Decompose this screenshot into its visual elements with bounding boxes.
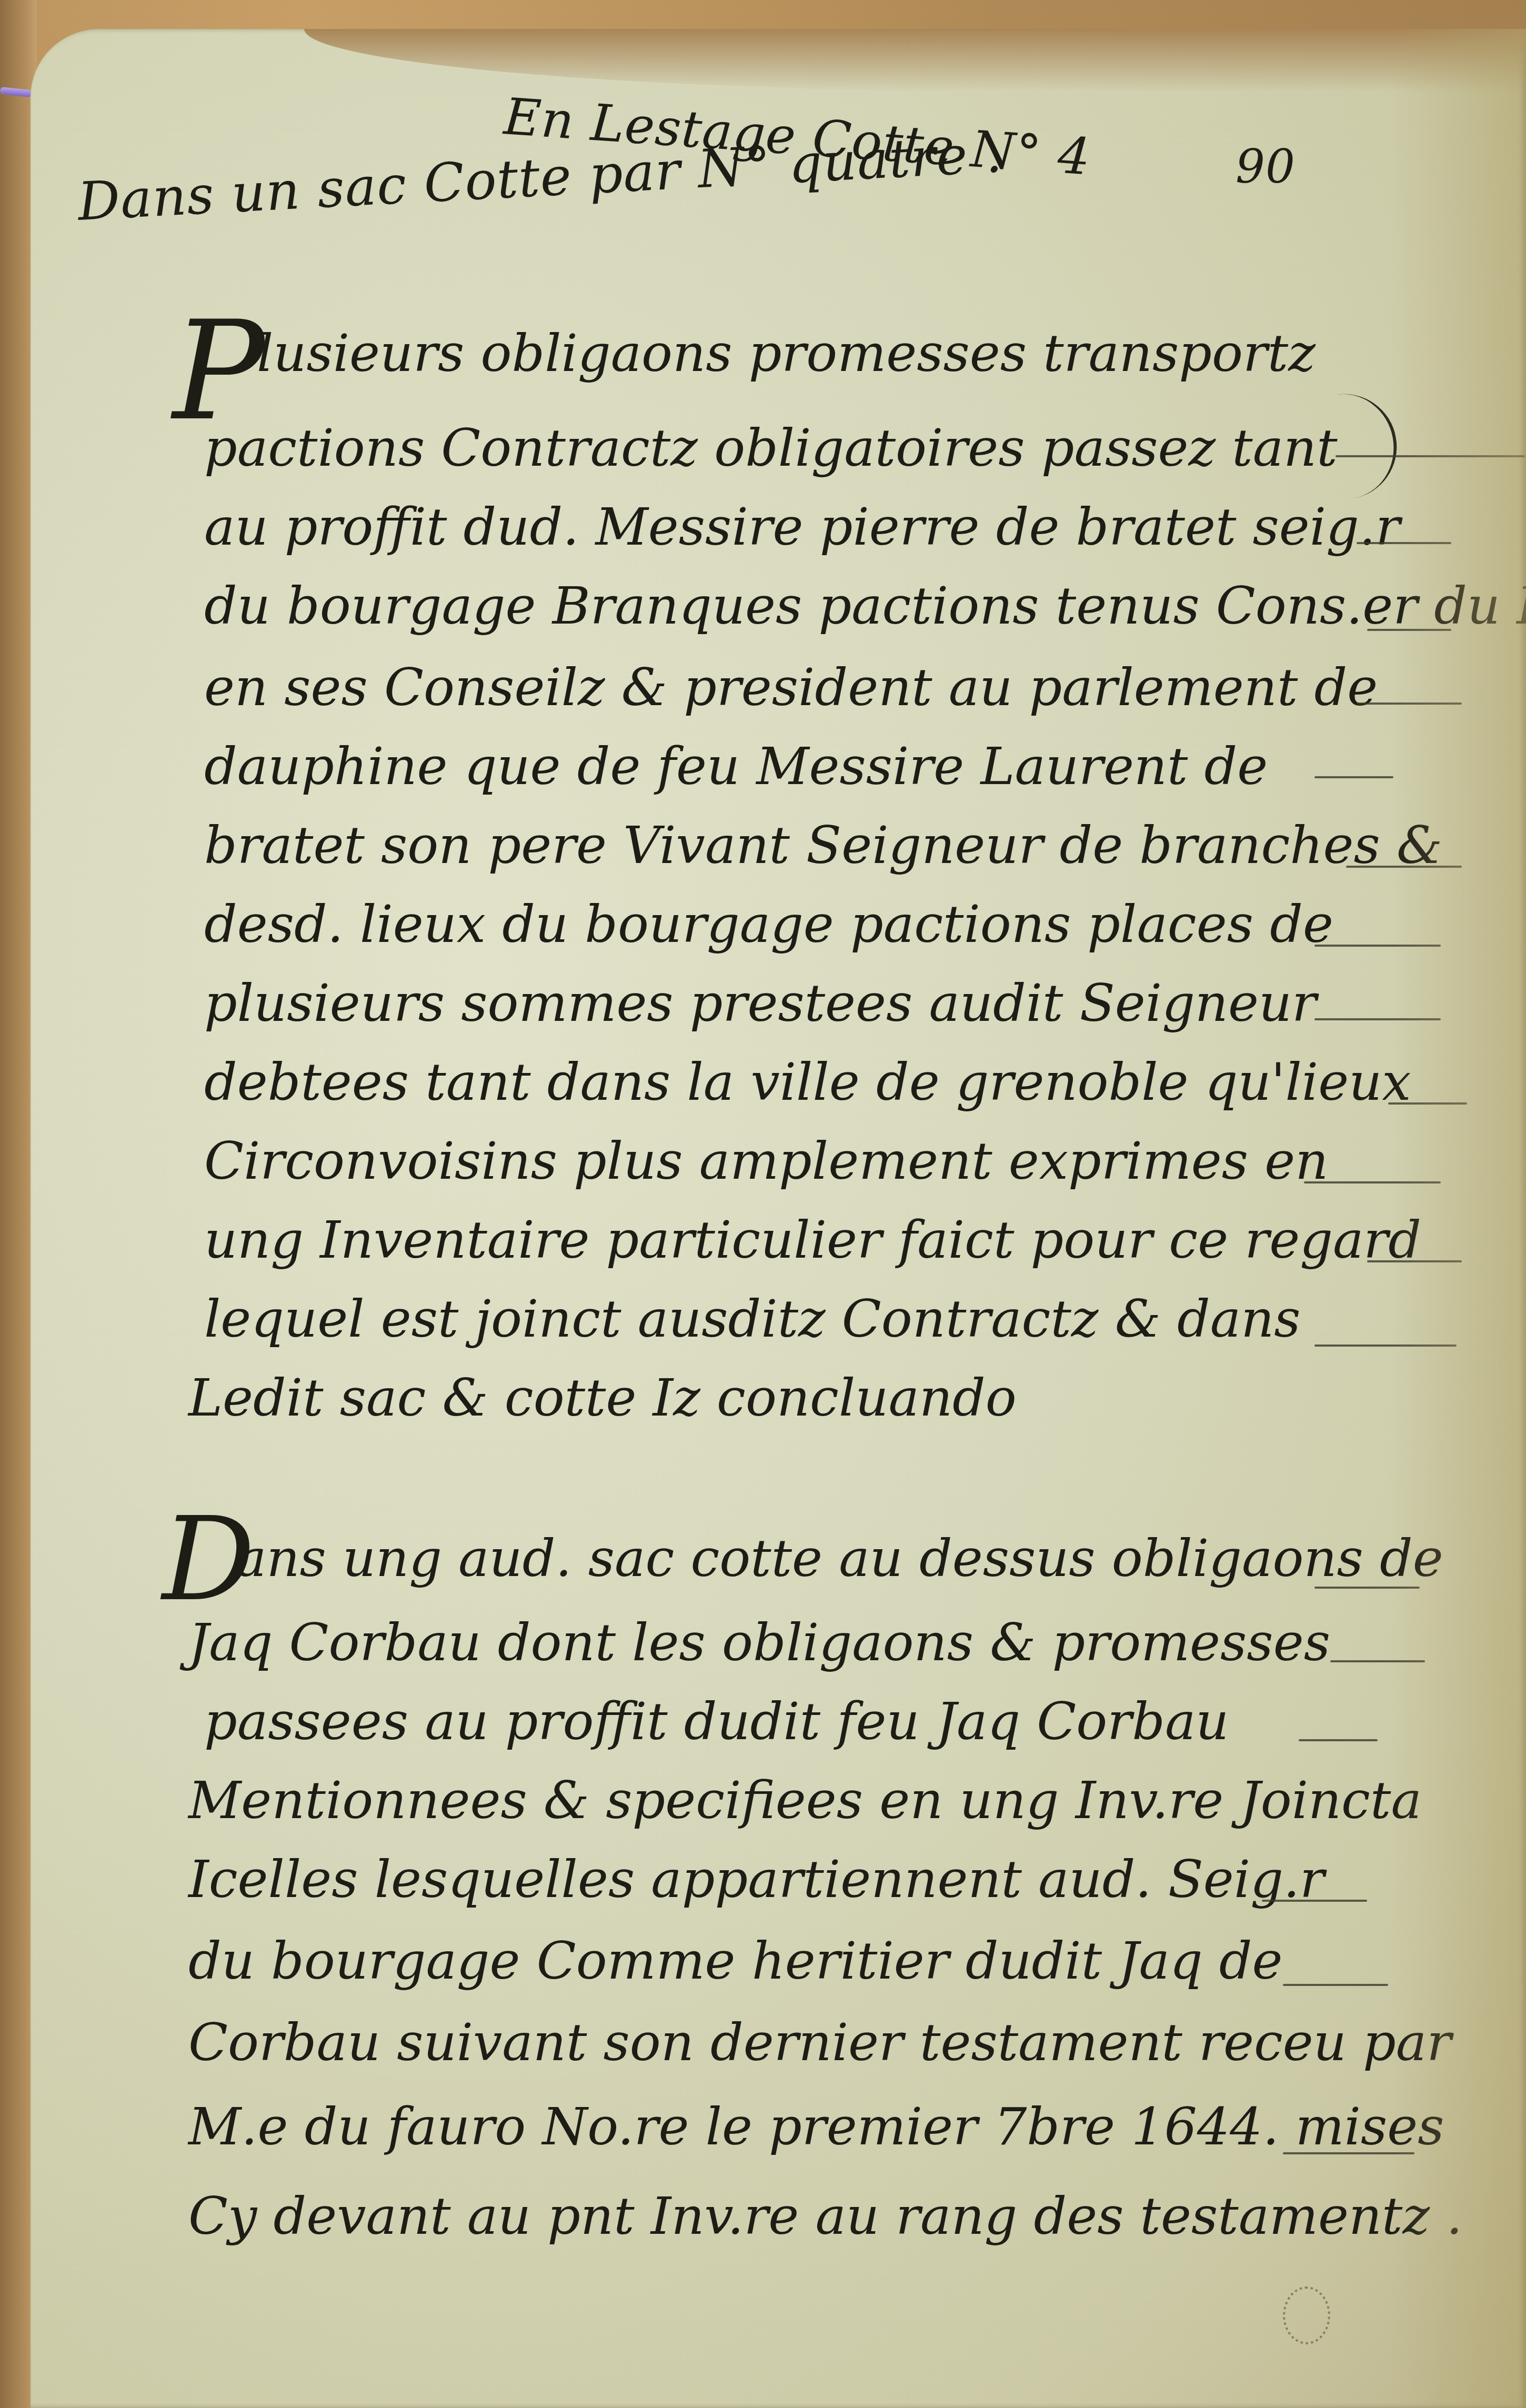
- text-line: lequel est joinct ausditz Contractz & da…: [204, 1289, 1301, 1349]
- text-line: bratet son pere Vivant Seigneur de branc…: [204, 816, 1442, 876]
- text-line: au proffit dud. Messire pierre de bratet…: [204, 497, 1400, 557]
- line-filler-dash: [1283, 1984, 1388, 1986]
- text-line: plusieurs sommes prestees audit Seigneur: [204, 974, 1317, 1034]
- text-line: du bourgage Comme heritier dudit Jaq de: [188, 1931, 1283, 1991]
- text-line: en ses Conseilz & president au parlement…: [204, 658, 1378, 718]
- text-line: Mentionnees & specifiees en ung Inv.re J…: [188, 1771, 1422, 1831]
- text-line: lusieurs obligaons promesses transportz: [257, 324, 1316, 384]
- line-filler-dash: [1367, 1260, 1462, 1262]
- text-line: Corbau suivant son dernier testament rec…: [188, 2013, 1451, 2073]
- text-line: ung Inventaire particulier faict pour ce…: [204, 1210, 1421, 1270]
- text-line: du bourgage Branques pactions tenus Cons…: [204, 576, 1526, 636]
- line-filler-dash: [1357, 703, 1462, 705]
- line-filler-dash: [1336, 455, 1525, 457]
- line-filler-dash: [1314, 1018, 1441, 1020]
- line-filler-dash: [1299, 1739, 1378, 1741]
- manuscript-page: En Lestage Cotte N° 4 Dans un sac Cotte …: [31, 29, 1526, 2408]
- line-filler-dash: [1314, 945, 1441, 947]
- folio-number: 90: [1236, 139, 1296, 194]
- text-line: Circonvoisins plus amplement exprimes en: [204, 1131, 1328, 1191]
- page-top-stain: [304, 29, 1526, 92]
- text-line: Ledit sac & cotte Iz concluando: [188, 1368, 1017, 1428]
- line-filler-dash: [1314, 1345, 1457, 1347]
- line-filler-dash: [1262, 1900, 1367, 1902]
- line-filler-dash: [1367, 629, 1451, 631]
- text-line: ans ung aud. sac cotte au dessus obligao…: [236, 1529, 1443, 1589]
- line-filler-dash: [1314, 1587, 1420, 1589]
- text-line: Jaq Corbau dont les obligaons & promesse…: [188, 1613, 1330, 1673]
- line-filler-dash: [1346, 866, 1462, 868]
- line-filler-dash: [1304, 1181, 1441, 1183]
- text-line: desd. lieux du bourgage pactions places …: [204, 895, 1333, 955]
- text-line: passees au proffit dudit feu Jaq Corbau: [204, 1692, 1229, 1752]
- text-line: pactions Contractz obligatoires passez t…: [204, 418, 1338, 478]
- text-line: M.e du fauro No.re le premier 7bre 1644.…: [188, 2097, 1444, 2157]
- line-filler-dash: [1388, 1102, 1467, 1105]
- text-line: debtees tant dans la ville de grenoble q…: [204, 1052, 1411, 1112]
- line-filler-dash: [1314, 776, 1393, 778]
- library-stamp-icon: [1283, 2286, 1330, 2344]
- text-line: dauphine que de feu Messire Laurent de: [204, 737, 1268, 797]
- text-line: Icelles lesquelles appartiennent aud. Se…: [188, 1850, 1324, 1910]
- text-line: Cy devant au pnt Inv.re au rang des test…: [188, 2186, 1462, 2246]
- line-filler-dash: [1330, 1660, 1425, 1662]
- line-filler-dash: [1357, 542, 1451, 544]
- line-filler-dash: [1283, 2152, 1414, 2154]
